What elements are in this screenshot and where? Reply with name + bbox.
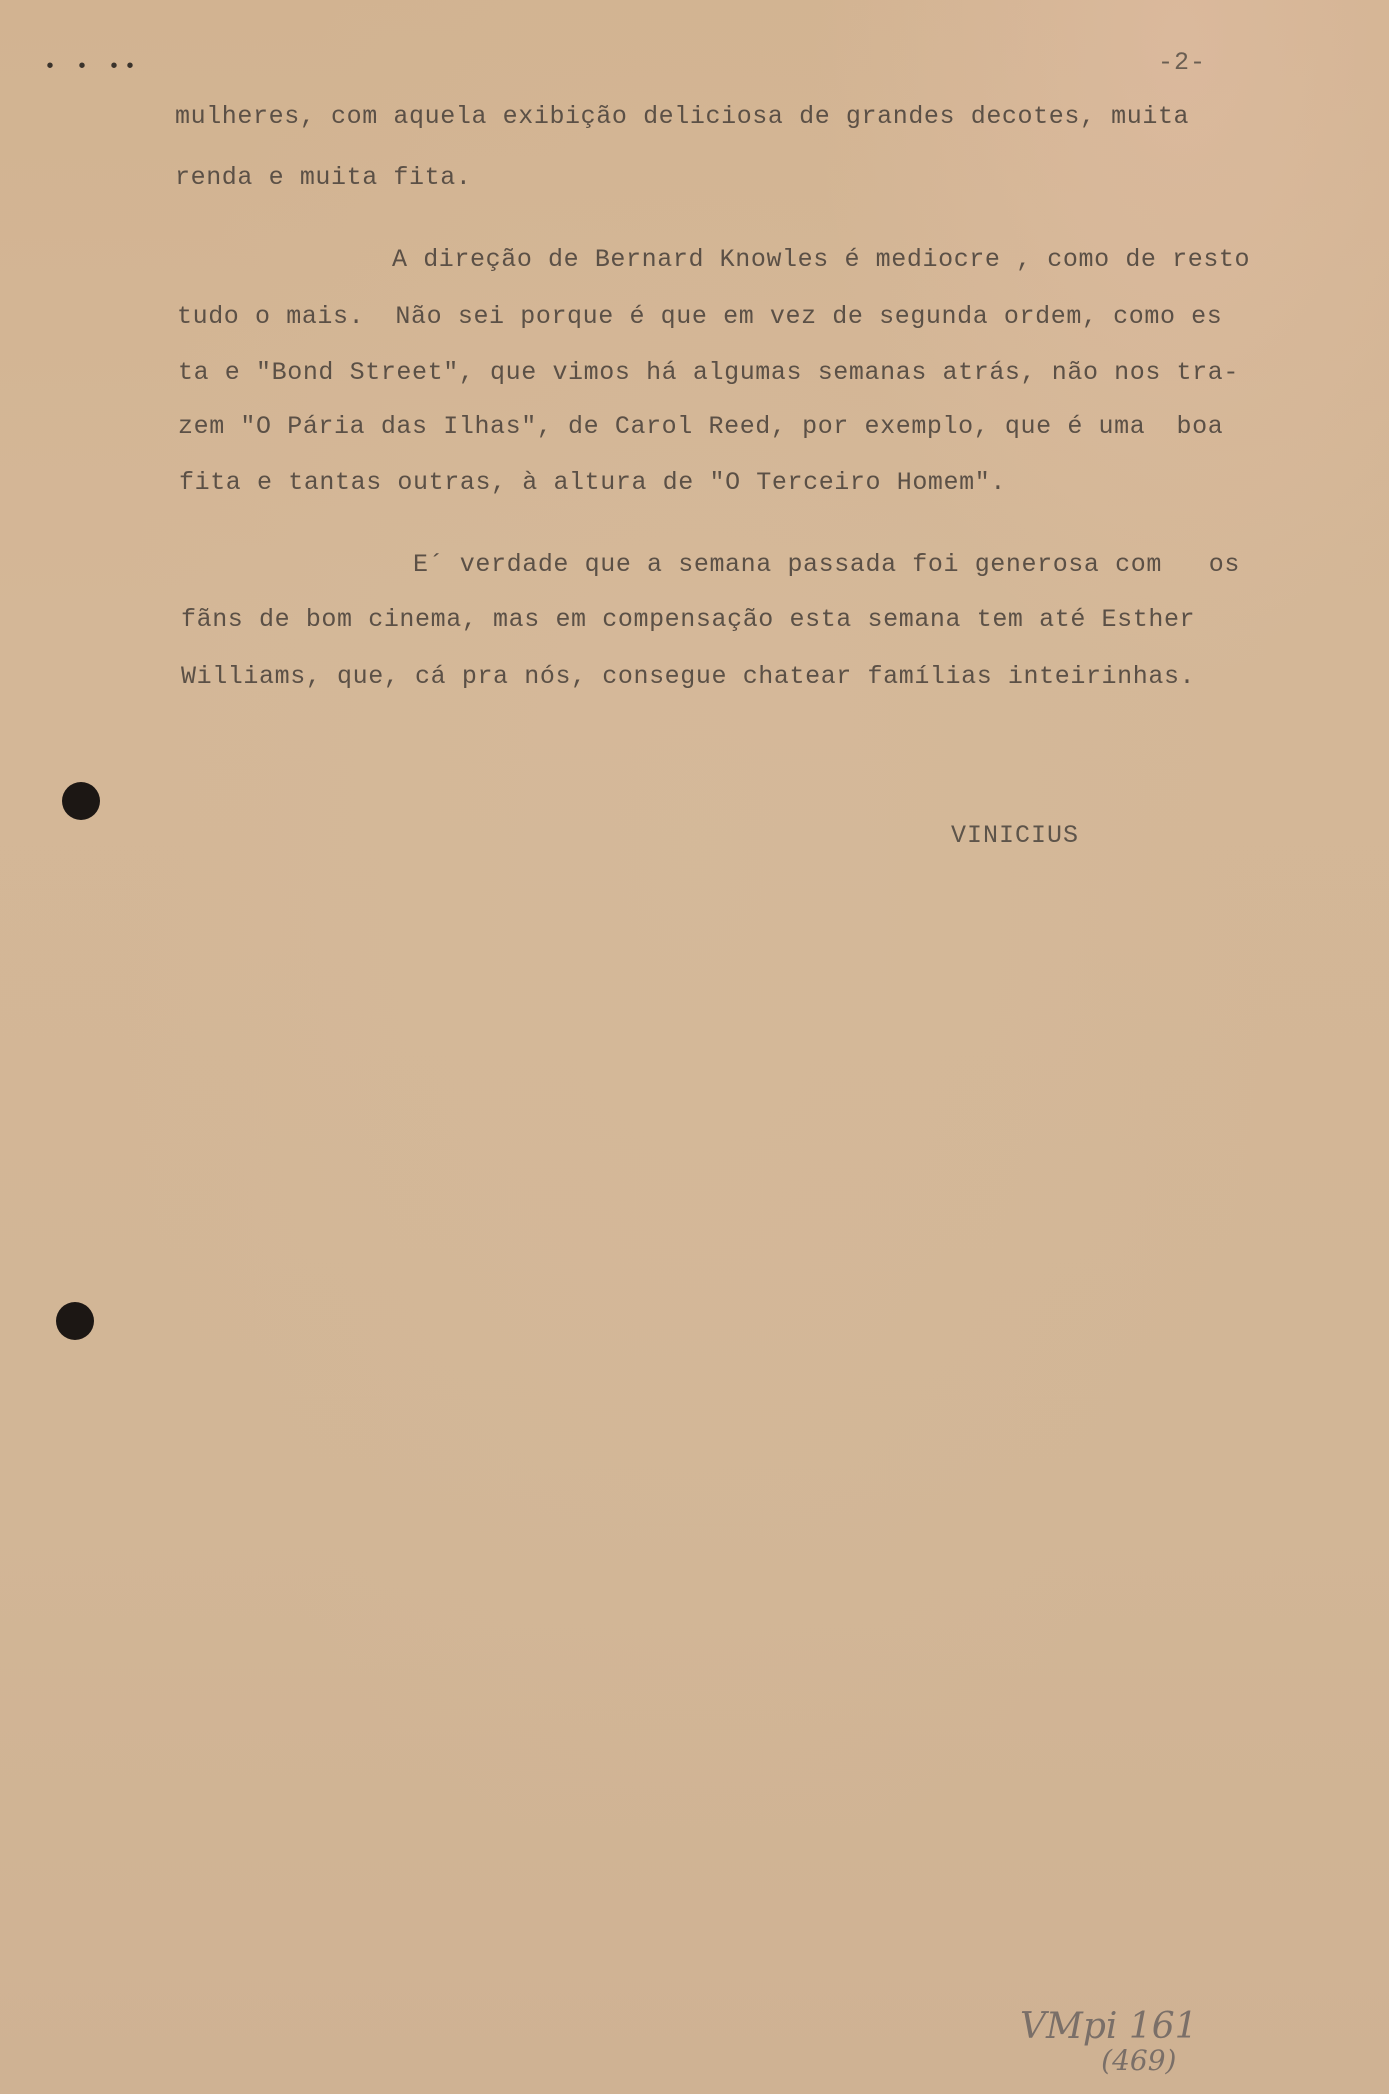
paragraph-1-line-1: mulheres, com aquela exibição deliciosa … [175, 102, 1189, 132]
punch-hole-top [62, 782, 100, 820]
punch-hole-bottom [56, 1302, 94, 1340]
paragraph-3-line-1: E´ verdade que a semana passada foi gene… [413, 550, 1240, 580]
paragraph-3-line-2: fãns de bom cinema, mas em compensação e… [181, 605, 1195, 635]
paragraph-1-line-2: renda e muita fita. [175, 163, 471, 193]
paragraph-3-line-3: Williams, que, cá pra nós, consegue chat… [181, 662, 1195, 692]
signature: VINICIUS [951, 821, 1079, 850]
paragraph-2-line-5: fita e tantas outras, à altura de "O Ter… [179, 468, 1006, 498]
archive-note-line-1: VMpi 161 [1020, 2006, 1198, 2047]
paragraph-2-line-1: A direção de Bernard Knowles é mediocre … [392, 245, 1250, 275]
paragraph-2-line-3: ta e "Bond Street", que vimos há algumas… [178, 358, 1239, 388]
archive-note: VMpi 161 (469) [1020, 2010, 1198, 2078]
document-page: • • •• -2- mulheres, com aquela exibição… [0, 0, 1389, 2094]
archive-note-line-2: (469) [1080, 2044, 1198, 2078]
page-number: -2- [1158, 48, 1206, 77]
paragraph-2-line-2: tudo o mais. Não sei porque é que em vez… [177, 302, 1222, 332]
header-marks: • • •• [44, 56, 140, 79]
paragraph-2-line-4: zem "O Pária das Ilhas", de Carol Reed, … [178, 412, 1223, 442]
